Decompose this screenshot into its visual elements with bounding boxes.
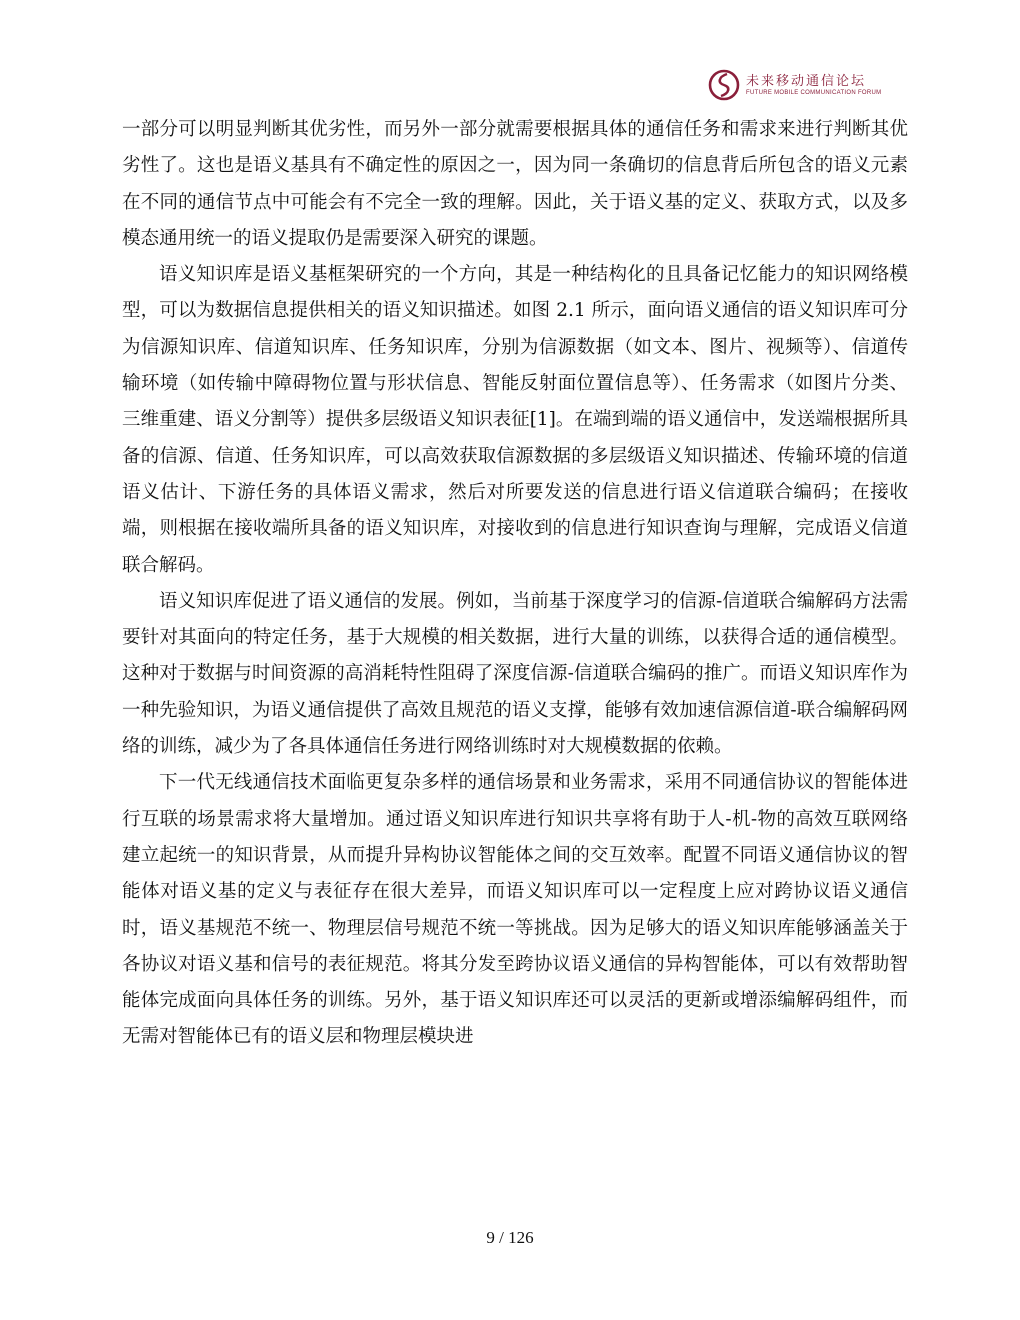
page-number: 9 / 126: [0, 1228, 1020, 1248]
paragraph-4: 下一代无线通信技术面临更复杂多样的通信场景和业务需求，采用不同通信协议的智能体进…: [122, 765, 908, 1055]
logo-english-name: FUTURE MOBILE COMMUNICATION FORUM: [746, 89, 881, 97]
paragraph-3: 语义知识库促进了语义通信的发展。例如，当前基于深度学习的信源-信道联合编解码方法…: [122, 584, 908, 765]
logo-text: 未来移动通信论坛 FUTURE MOBILE COMMUNICATION FOR…: [746, 74, 881, 97]
logo-chinese-name: 未来移动通信论坛: [746, 74, 881, 89]
paragraph-1: 一部分可以明显判断其优劣性，而另外一部分就需要根据具体的通信任务和需求来进行判断…: [122, 112, 908, 257]
document-body: 一部分可以明显判断其优劣性，而另外一部分就需要根据具体的通信任务和需求来进行判断…: [122, 112, 908, 1056]
paragraph-2: 语义知识库是语义基框架研究的一个方向，其是一种结构化的且具备记忆能力的知识网络模…: [122, 257, 908, 584]
header-logo: 未来移动通信论坛 FUTURE MOBILE COMMUNICATION FOR…: [708, 66, 908, 104]
forum-logo-icon: [708, 69, 740, 101]
